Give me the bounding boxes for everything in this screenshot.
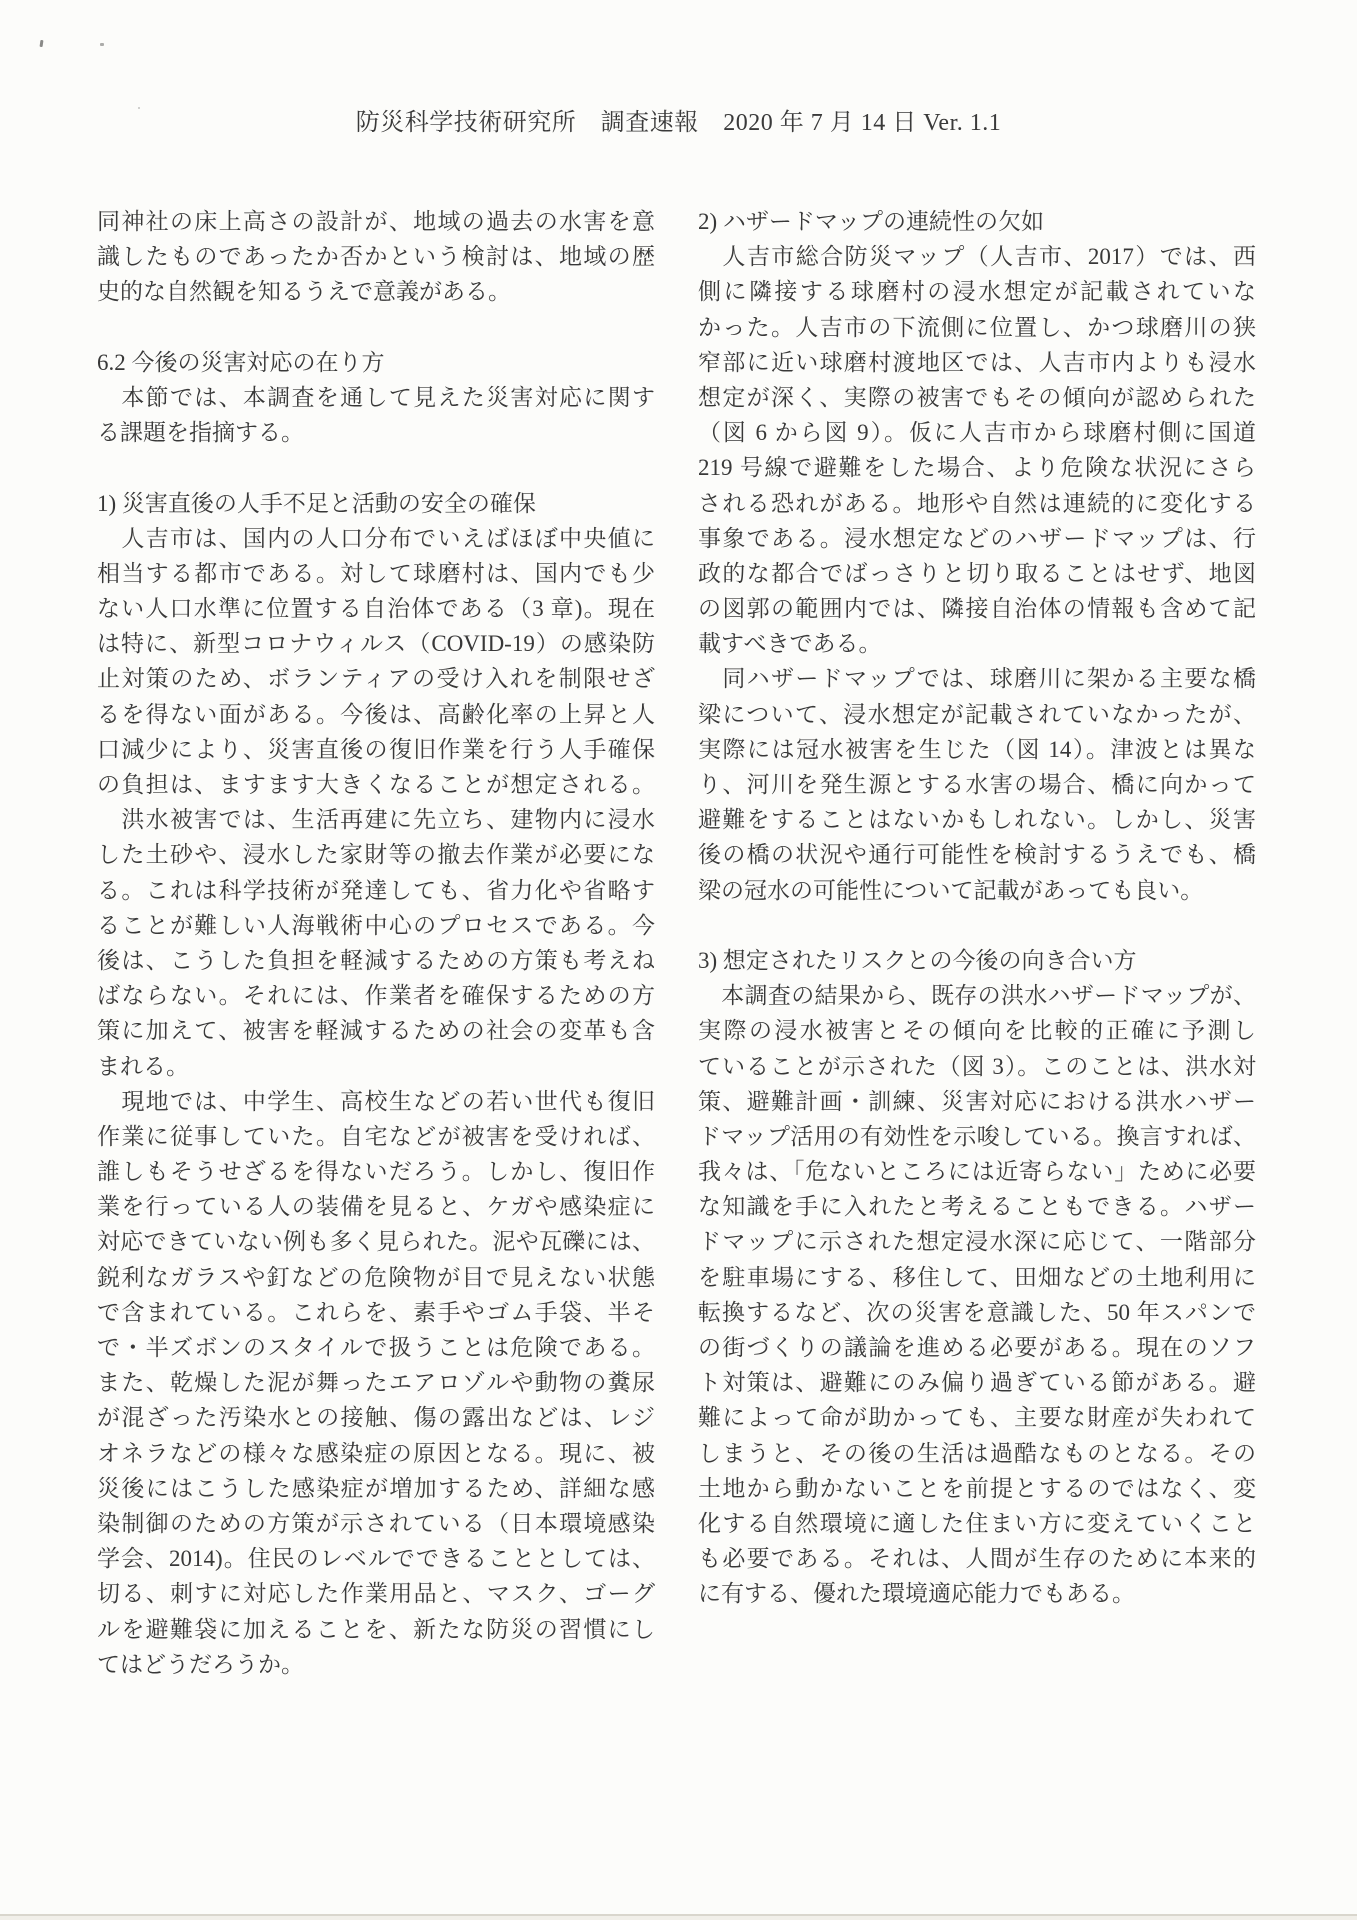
text-line: 策に加えて、被害を軽減するための社会の変革も含	[97, 1013, 655, 1048]
text-line: 誰しもそうせざるを得ないだろう。しかし、復旧作	[97, 1154, 655, 1189]
text-line: ていることが示された（図 3）。このことは、洪水対	[698, 1049, 1256, 1084]
text-line: 載すべきである。	[698, 626, 1256, 661]
text-line: は特に、新型コロナウィルス（COVID-19）の感染防	[97, 626, 655, 661]
scan-edge-shadow	[0, 1916, 1357, 1920]
text-line: オネラなどの様々な感染症の原因となる。現に、被	[97, 1436, 655, 1471]
scan-speck	[138, 107, 140, 109]
text-line: 後は、こうした負担を軽減するための方策も考えね	[97, 943, 655, 978]
text-line: 現地では、中学生、高校生などの若い世代も復旧	[97, 1084, 655, 1119]
text-line: 作業に従事していた。自宅などが被害を受ければ、	[97, 1119, 655, 1154]
text-line: ることが難しい人海戦術中心のプロセスである。今	[97, 908, 655, 943]
text-line: 本調査の結果から、既存の洪水ハザードマップが、	[698, 978, 1256, 1013]
document-page: 防災科学技術研究所 調査速報 2020 年 7 月 14 日 Ver. 1.1 …	[0, 0, 1357, 1920]
text-line: 難によって命が助かっても、主要な財産が失われて	[698, 1400, 1256, 1435]
text-line: が混ざった汚染水との接触、傷の露出などは、レジ	[97, 1400, 655, 1435]
text-line: 転換するなど、次の災害を意識した、50 年スパンで	[698, 1295, 1256, 1330]
text-line: るを得ない面がある。今後は、高齢化率の上昇と人	[97, 697, 655, 732]
text-line: 同神社の床上高さの設計が、地域の過去の水害を意	[97, 204, 655, 239]
text-line: 識したものであったか否かという検討は、地域の歴	[97, 239, 655, 274]
text-line: 側に隣接する球磨村の浸水想定が記載されていな	[698, 274, 1256, 309]
text-line: てはどうだろうか。	[97, 1647, 655, 1682]
text-line: 本節では、本調査を通して見えた災害対応に関す	[97, 380, 655, 415]
text-line: まれる。	[97, 1049, 655, 1084]
page-header: 防災科学技術研究所 調査速報 2020 年 7 月 14 日 Ver. 1.1	[0, 108, 1357, 138]
text-line: される恐れがある。地形や自然は連続的に変化する	[698, 486, 1256, 521]
blank-line	[97, 450, 655, 485]
text-line: で含まれている。これらを、素手やゴム手袋、半そ	[97, 1295, 655, 1330]
text-line: かった。人吉市の下流側に位置し、かつ球磨川の狭	[698, 310, 1256, 345]
text-line: 策、避難計画・訓練、災害対応における洪水ハザー	[698, 1084, 1256, 1119]
text-line: に有する、優れた環境適応能力でもある。	[698, 1576, 1256, 1611]
text-line: 1) 災害直後の人手不足と活動の安全の確保	[97, 486, 655, 521]
text-line: （図 6 から図 9）。仮に人吉市から球磨村側に国道	[698, 415, 1256, 450]
text-line: 人吉市総合防災マップ（人吉市、2017）では、西	[698, 239, 1256, 274]
text-line: 口減少により、災害直後の復旧作業を行う人手確保	[97, 732, 655, 767]
text-line: 実際には冠水被害を生じた（図 14）。津波とは異な	[698, 732, 1256, 767]
text-column-left: 同神社の床上高さの設計が、地域の過去の水害を意識したものであったか否かという検討…	[97, 204, 655, 1682]
text-line: 洪水被害では、生活再建に先立ち、建物内に浸水	[97, 802, 655, 837]
scan-speck	[40, 40, 44, 47]
text-line: ばならない。それには、作業者を確保するための方	[97, 978, 655, 1013]
text-line: で・半ズボンのスタイルで扱うことは危険である。	[97, 1330, 655, 1365]
text-line: 梁について、浸水想定が記載されていなかったが、	[698, 697, 1256, 732]
text-line: 3) 想定されたリスクとの今後の向き合い方	[698, 943, 1256, 978]
text-line: 鋭利なガラスや釘などの危険物が目で見えない状態	[97, 1260, 655, 1295]
text-line: 相当する都市である。対して球磨村は、国内でも少	[97, 556, 655, 591]
text-line: ない人口水準に位置する自治体である（3 章)。現在	[97, 591, 655, 626]
blank-line	[97, 310, 655, 345]
text-line: 事象である。浸水想定などのハザードマップは、行	[698, 521, 1256, 556]
text-line: の負担は、ますます大きくなることが想定される。	[97, 767, 655, 802]
text-line: 染制御のための方策が示されている（日本環境感染	[97, 1506, 655, 1541]
blank-line	[698, 908, 1256, 943]
text-line: も必要である。それは、人間が生存のために本来的	[698, 1541, 1256, 1576]
text-line: 実際の浸水被害とその傾向を比較的正確に予測し	[698, 1013, 1256, 1048]
text-column-right: 2) ハザードマップの連続性の欠如 人吉市総合防災マップ（人吉市、2017）では…	[698, 204, 1256, 1612]
text-line: 学会、2014)。住民のレベルでできることとしては、	[97, 1541, 655, 1576]
scan-speck	[100, 43, 104, 46]
text-line: 避難をすることはないかもしれない。しかし、災害	[698, 802, 1256, 837]
text-line: る。これは科学技術が発達しても、省力化や省略す	[97, 873, 655, 908]
text-line: ルを避難袋に加えることを、新たな防災の習慣にし	[97, 1612, 655, 1647]
text-line: の街づくりの議論を進める必要がある。現在のソフ	[698, 1330, 1256, 1365]
text-line: ト対策は、避難にのみ偏り過ぎている節がある。避	[698, 1365, 1256, 1400]
text-line: 止対策のため、ボランティアの受け入れを制限せざ	[97, 661, 655, 696]
text-line: を駐車場にする、移住して、田畑などの土地利用に	[698, 1260, 1256, 1295]
text-line: ドマップ活用の有効性を示唆している。換言すれば、	[698, 1119, 1256, 1154]
text-line: 想定が深く、実際の被害でもその傾向が認められた	[698, 380, 1256, 415]
text-line: 政的な都合でばっさりと切り取ることはせず、地図	[698, 556, 1256, 591]
text-line: 6.2 今後の災害対応の在り方	[97, 345, 655, 380]
text-line: 219 号線で避難をした場合、より危険な状況にさら	[698, 450, 1256, 485]
text-line: 業を行っている人の装備を見ると、ケガや感染症に	[97, 1189, 655, 1224]
text-line: 梁の冠水の可能性について記載があっても良い。	[698, 873, 1256, 908]
text-line: 2) ハザードマップの連続性の欠如	[698, 204, 1256, 239]
text-line: の図郭の範囲内では、隣接自治体の情報も含めて記	[698, 591, 1256, 626]
text-line: 我々は、「危ないところには近寄らない」ために必要	[698, 1154, 1256, 1189]
text-line: る課題を指摘する。	[97, 415, 655, 450]
text-line: した土砂や、浸水した家財等の撤去作業が必要にな	[97, 837, 655, 872]
text-line: 災後にはこうした感染症が増加するため、詳細な感	[97, 1471, 655, 1506]
text-line: 人吉市は、国内の人口分布でいえばほぼ中央値に	[97, 521, 655, 556]
text-line: 対応できていない例も多く見られた。泥や瓦礫には、	[97, 1224, 655, 1259]
text-line: り、河川を発生源とする水害の場合、橋に向かって	[698, 767, 1256, 802]
text-line: また、乾燥した泥が舞ったエアロゾルや動物の糞尿	[97, 1365, 655, 1400]
text-line: 切る、刺すに対応した作業用品と、マスク、ゴーグ	[97, 1576, 655, 1611]
text-line: な知識を手に入れたと考えることもできる。ハザー	[698, 1189, 1256, 1224]
text-line: 同ハザードマップでは、球磨川に架かる主要な橋	[698, 661, 1256, 696]
text-line: 史的な自然観を知るうえで意義がある。	[97, 274, 655, 309]
text-line: 後の橋の状況や通行可能性を検討するうえでも、橋	[698, 837, 1256, 872]
text-line: 土地から動かないことを前提とするのではなく、変	[698, 1471, 1256, 1506]
text-line: しまうと、その後の生活は過酷なものとなる。その	[698, 1436, 1256, 1471]
text-line: 化する自然環境に適した住まい方に変えていくこと	[698, 1506, 1256, 1541]
text-line: ドマップに示された想定浸水深に応じて、一階部分	[698, 1224, 1256, 1259]
scan-edge-line	[0, 1914, 1357, 1916]
text-line: 窄部に近い球磨村渡地区では、人吉市内よりも浸水	[698, 345, 1256, 380]
